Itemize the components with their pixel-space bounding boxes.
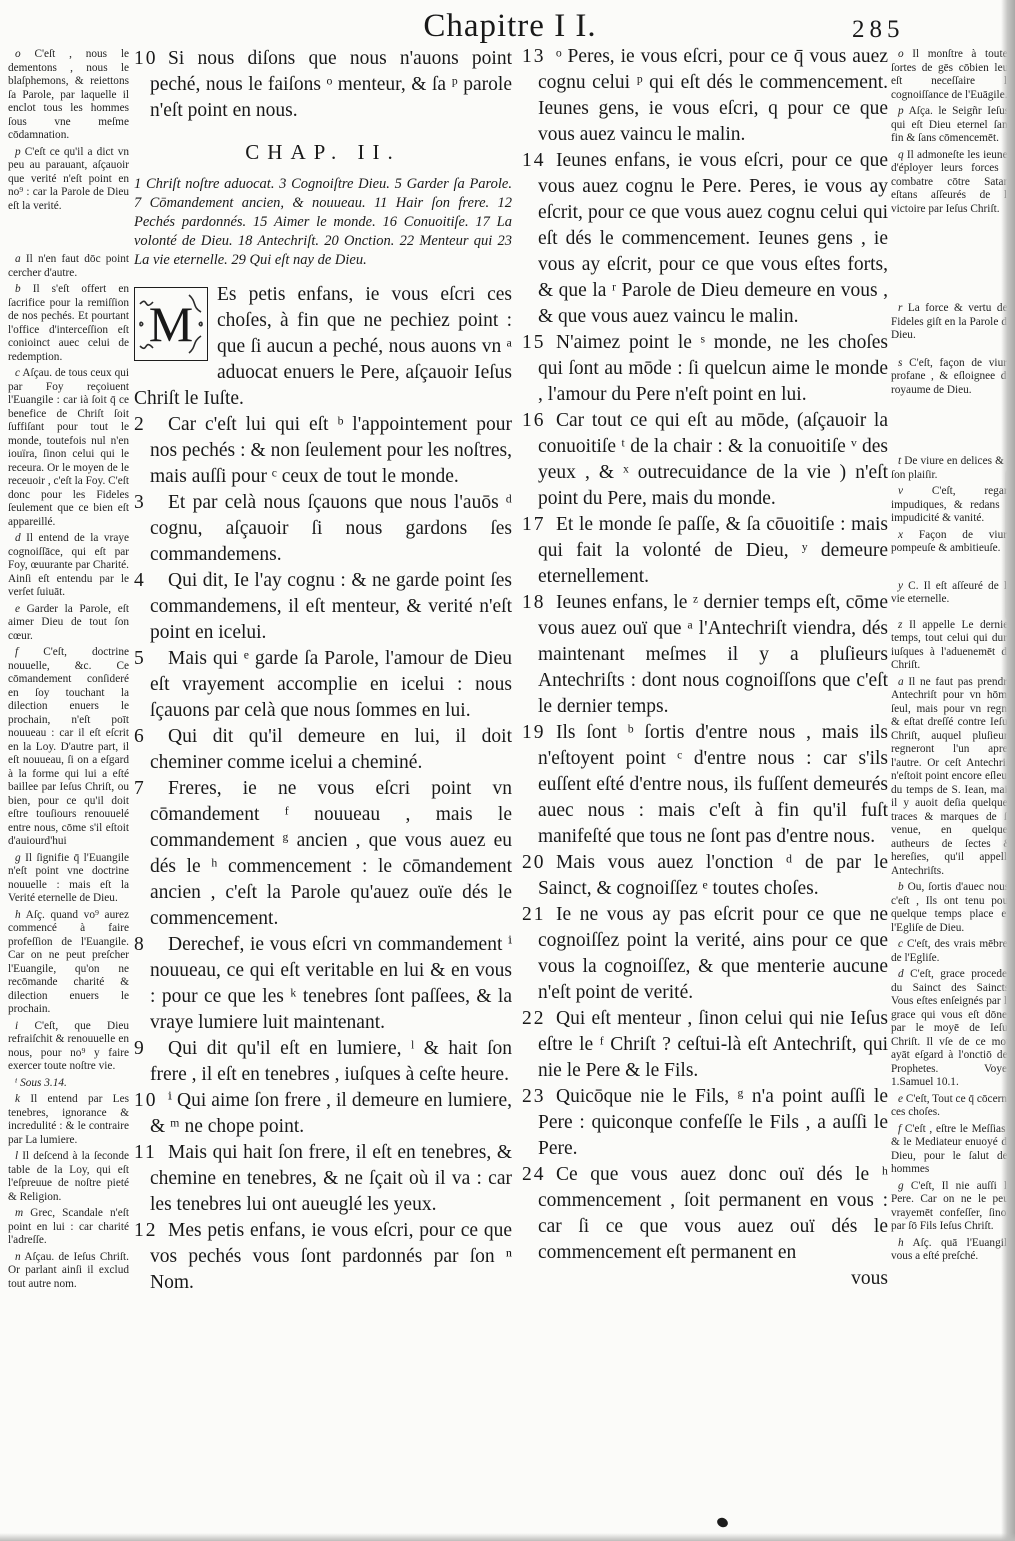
verse-text: Derechef, ie vous eſcri vn commandement … [150,934,512,1033]
note-text: Il entend de la vraye cognoiſſāce, qui e… [8,532,129,598]
margin-note: v C'eſt, regars impudiques, & redans à i… [891,485,1012,526]
note-letter: b [898,881,904,893]
verse-text: N'aimez point le ˢ monde, ne les choſes … [538,332,888,405]
verse-text: Quicōque nie le Fils, ᵍ n'a point auſſi … [538,1086,888,1159]
note-text: C'eſt , nous le dementons , nous le blaſ… [8,48,129,141]
verse-text: Ils ſont ᵇ ſortis d'entre nous , mais il… [538,722,888,847]
verse: 15N'aimez point le ˢ monde, ne les choſe… [522,330,888,408]
drop-cap: M [134,287,208,361]
verse-number: 21 [522,902,546,928]
margin-note: f C'eſt, doctrine nouuelle, &c. Ce cōman… [8,646,129,849]
book-page: Chapitre I I. 285 o C'eſt , nous le deme… [0,0,1015,1541]
margin-note: p Aſça. le Seigñr Ieſus, qui eſt Dieu et… [891,105,1012,146]
verse-text: Qui dit qu'il eſt en lumiere, ˡ & hait ſ… [150,1038,512,1085]
verse: 6Qui dit qu'il demeure en lui, il doit c… [134,724,512,776]
margin-note: x Façon de viure pompeuſe & ambitieuſe. [891,529,1012,556]
note-text: Il appelle Le dernier temps, tout celui … [891,619,1012,672]
margin-note: h Aſç. quā l'Euangile vous a eſté preſch… [891,1237,1012,1264]
verse: M Es petis enfans, ie vous eſcri ces cho… [134,282,512,412]
verse: 11Mais qui hait ſon frere, il eſt en ten… [134,1140,512,1218]
margin-note: d C'eſt, grace procedee du Sainct des Sa… [891,968,1012,1090]
note-letter: g [15,852,21,864]
note-text: C'eſt, grace procedee du Sainct des Sain… [891,968,1012,1088]
note-letter: q [898,149,904,161]
margin-note: o C'eſt , nous le dementons , nous le bl… [8,48,129,143]
note-letter: c [898,938,903,950]
verse-number: 14 [522,148,546,174]
margin-note: d Il entend de la vraye cognoiſſāce, qui… [8,532,129,600]
note-text: Garder la Parole, eſt aimer Dieu de tout… [8,603,129,642]
page-header: Chapitre I I. [130,8,890,45]
margin-note: g Il ſignifie q̄ l'Euangile n'eſt point … [8,852,129,906]
verse-number: 10 [134,1088,158,1114]
main-column-right: 13ᵒ Peres, ie vous eſcri, pour ce q̄ vou… [522,44,888,1290]
verse-text: Ie ne vous ay pas eſcrit pour ce que ne … [538,904,888,1003]
note-letter: e [15,603,20,615]
verse-number: 12 [134,1218,158,1244]
margin-note: s C'eſt, façon de viure profane , & eſlo… [891,357,1012,398]
verse: 23Quicōque nie le Fils, ᵍ n'a point auſſ… [522,1084,888,1162]
verse-text: Freres, ie ne vous eſcri point vn cōmand… [150,778,512,929]
note-letter: o [15,48,21,60]
verse-text: Mais qui ᵉ garde ſa Parole, l'amour de D… [150,648,512,721]
note-text: Aſçau. de tous ceux qui par Foy reçoiuen… [8,367,129,528]
verse: 14Ieunes enfans, ie vous eſcri, pour ce … [522,148,888,330]
verse: 8Derechef, ie vous eſcri vn commandement… [134,932,512,1036]
note-text: C'eſt, façon de viure profane , & eſloig… [891,357,1012,396]
right-margin-notes: o Il monſtre à toutes ſortes de gēs cōbi… [891,48,1012,1267]
note-letter: r [898,302,902,314]
verse: 17Et le monde ſe paſſe, & ſa cōuoitiſe :… [522,512,888,590]
note-letter: h [15,909,21,921]
note-letter: ⁱ [15,1077,17,1089]
note-text: C'eſt, regars impudiques, & redans à imp… [891,485,1012,524]
margin-note: l Il deſcend à la ſeconde table de la Lo… [8,1150,129,1204]
margin-note: a Il ne faut pas prendre Antechriſt pour… [891,676,1012,879]
margin-note: p C'eſt ce qu'il a dict vn peu au paraua… [8,146,129,214]
note-letter: k [15,1093,20,1105]
note-letter: i [15,1020,18,1032]
verse: 9Qui dit qu'il eſt en lumiere, ˡ & hait … [134,1036,512,1088]
note-letter: a [15,253,21,265]
note-text: De viure en delices & à ſon plaiſir. [891,455,1012,481]
catchword: vous [522,1268,888,1290]
verse-text: Ce que vous auez donc ouï dés le ʰ comme… [538,1164,888,1263]
note-text: Façon de viure pompeuſe & ambitieuſe. [891,529,1012,555]
margin-note: t De viure en delices & à ſon plaiſir. [891,455,1012,482]
margin-note: ⁱ Sous 3.14. [8,1077,129,1091]
note-letter: x [898,529,903,541]
note-text: C'eſt, Il nie auſſi le Pere. Car on ne l… [891,1180,1012,1233]
margin-note: q Il admoneſte les ieunes d'éployer leur… [891,149,1012,217]
note-text: C'eſt, Tout ce q̄ cōcerne ces choſes. [891,1093,1012,1119]
verse-number: 18 [522,590,546,616]
verse: 10Si nous diſons que nous n'auons point … [134,46,512,124]
note-letter: e [898,1093,903,1105]
note-letter: b [15,283,21,295]
verse-text: Et le monde ſe paſſe, & ſa cōuoitiſe : m… [538,514,888,587]
note-text: Il n'en faut dōc point cercher d'autre. [8,253,129,279]
verse-number: 8 [134,932,146,958]
note-letter: f [898,1123,901,1135]
margin-note: c Aſçau. de tous ceux qui par Foy reçoiu… [8,367,129,529]
page-number: 285 [852,16,932,44]
margin-note: y C. Il eſt aſſeuré de la vie eternelle. [891,580,1012,607]
verse: 13ᵒ Peres, ie vous eſcri, pour ce q̄ vou… [522,44,888,148]
verse-number: 2 [134,412,146,438]
verse-text: Mes petis enfans, ie vous eſcri, pour ce… [150,1220,512,1293]
margin-note: o Il monſtre à toutes ſortes de gēs cōbi… [891,48,1012,102]
note-letter: c [15,367,20,379]
drop-cap-letter: M [149,299,193,349]
note-text: C'eſt , eſtre le Meſſias , & le Mediateu… [891,1123,1012,1176]
margin-note: z Il appelle Le dernier temps, tout celu… [891,619,1012,673]
verse-text: ᵒ Peres, ie vous eſcri, pour ce q̄ vous … [538,46,888,145]
note-letter: s [898,357,902,369]
verse-number: 19 [522,720,546,746]
margin-note: c C'eſt, des vrais mēbres de l'Egliſe. [891,938,1012,965]
verse-number: 16 [522,408,546,434]
note-text: La force & vertu des Fideles giſt en la … [891,302,1012,341]
verse: 4Qui dit, Ie l'ay cognu : & ne garde poi… [134,568,512,646]
note-letter: p [898,105,904,117]
margin-note: e Garder la Parole, eſt aimer Dieu de to… [8,603,129,644]
verse-number: 17 [522,512,546,538]
ink-spot [716,1516,730,1529]
verse: 21Ie ne vous ay pas eſcrit pour ce que n… [522,902,888,1006]
note-text: Il ſignifie q̄ l'Euangile n'eſt point vn… [8,852,129,905]
verse-text: Qui dit, Ie l'ay cognu : & ne garde poin… [150,570,512,643]
margin-note: a Il n'en faut dōc point cercher d'autre… [8,253,129,280]
verse: 24Ce que vous auez donc ouï dés le ʰ com… [522,1162,888,1266]
verse-text: Et par celà nous ſçauons que nous l'auōs… [150,492,512,565]
verse-number: 23 [522,1084,546,1110]
verse-number: 13 [522,44,546,70]
margin-note: m Grec, Scandale n'eſt point en lui : ca… [8,1207,129,1248]
note-text: Ou, ſortis d'auec nous. c'eſt , Ils ont … [891,881,1012,934]
chapter-summary: 1 Chriſt noſtre aduocat. 3 Cognoiſtre Di… [134,175,512,270]
note-letter: m [15,1207,23,1219]
verse-number: 7 [134,776,146,802]
note-text: C'eſt, des vrais mēbres de l'Egliſe. [891,938,1012,964]
chapter-heading: CHAP. II. [134,140,512,165]
margin-note: f C'eſt , eſtre le Meſſias , & le Mediat… [891,1123,1012,1177]
verse: 3Et par celà nous ſçauons que nous l'auō… [134,490,512,568]
note-text: Aſçau. de Ieſus Chriſt. Or parlant ainſi… [8,1251,129,1290]
note-letter: d [898,968,904,980]
verse-text: Si nous diſons que nous n'auons point pe… [150,48,512,121]
note-letter: a [898,676,904,688]
note-text: Il admoneſte les ieunes d'éployer leurs … [891,149,1012,215]
verse: 22Qui eſt menteur , ſinon celui qui nie … [522,1006,888,1084]
note-letter: z [898,619,902,631]
verse-number: 24 [522,1162,546,1188]
note-text: C'eſt, doctrine nouuelle, &c. Ce cōmande… [8,646,129,847]
note-text: Grec, Scandale n'eſt point en lui : car … [8,1207,129,1246]
note-text: Aſç. quā l'Euangile vous a eſté preſché. [891,1237,1012,1263]
note-text: C'eſt ce qu'il a dict vn peu au parauant… [8,146,129,212]
note-text: Il entend par Les tenebres, ignorance & … [8,1093,129,1146]
verse: 16Car tout ce qui eſt au mōde, (aſçauoir… [522,408,888,512]
verse-text: ⁱ Qui aime ſon frere , il demeure en lum… [150,1090,512,1137]
chapter-title: Chapitre I I. [423,8,596,44]
margin-note: i C'eſt, que Dieu refraiſchit & renouuel… [8,1020,129,1074]
verse: 20Mais vous auez l'onction ᵈ de par le S… [522,850,888,902]
margin-note: b Ou, ſortis d'auec nous. c'eſt , Ils on… [891,881,1012,935]
verse: 5Mais qui ᵉ garde ſa Parole, l'amour de … [134,646,512,724]
note-text: C. Il eſt aſſeuré de la vie eternelle. [891,580,1012,606]
verse-number: 5 [134,646,146,672]
page-edge-right [1001,0,1015,1541]
note-letter: v [898,485,903,497]
verse-text: Ieunes enfans, le ᶻ dernier temps eſt, c… [538,592,888,717]
note-text: Il deſcend à la ſeconde table de la Loy,… [8,1150,129,1203]
margin-note: g C'eſt, Il nie auſſi le Pere. Car on ne… [891,1180,1012,1234]
verse-number: 15 [522,330,546,356]
verse-text: Mais vous auez l'onction ᵈ de par le Sai… [538,852,888,899]
verse: 19Ils ſont ᵇ ſortis d'entre nous , mais … [522,720,888,850]
verse: 18Ieunes enfans, le ᶻ dernier temps eſt,… [522,590,888,720]
note-letter: p [15,146,21,158]
verse-text: Car c'eſt lui qui eſt ᵇ l'appointement p… [150,414,512,487]
left-margin-notes: o C'eſt , nous le dementons , nous le bl… [8,48,129,1294]
margin-note: e C'eſt, Tout ce q̄ cōcerne ces choſes. [891,1093,1012,1120]
note-text: Il ne faut pas prendre Antechriſt pour v… [891,676,1012,877]
note-letter: t [898,455,901,467]
note-letter: g [898,1180,904,1192]
verse-text: Qui dit qu'il demeure en lui, il doit ch… [150,726,512,773]
verse-text: Car tout ce qui eſt au mōde, (aſçauoir l… [538,410,888,509]
verse-number: 9 [134,1036,146,1062]
verse: 10ⁱ Qui aime ſon frere , il demeure en l… [134,1088,512,1140]
note-text: Il monſtre à toutes ſortes de gēs cōbien… [891,48,1012,101]
verse-number: 3 [134,490,146,516]
margin-note: b Il s'eſt offert en ſacrifice pour la r… [8,283,129,364]
note-letter: n [15,1251,21,1263]
margin-note: h Aſç. quand vo⁹ aurez commencé à faire … [8,909,129,1017]
page-edge-bottom [0,1533,1015,1541]
note-letter: y [898,580,903,592]
note-text: Il s'eſt offert en ſacrifice pour la rem… [8,283,129,363]
verse-number: 10 [134,46,158,72]
verse-text: Ieunes enfans, ie vous eſcri, pour ce qu… [538,150,888,327]
margin-note: n Aſçau. de Ieſus Chriſt. Or parlant ain… [8,1251,129,1292]
note-text: Aſç. quand vo⁹ aurez commencé à faire pr… [8,909,129,1016]
verse: 2Car c'eſt lui qui eſt ᵇ l'appointement … [134,412,512,490]
verse: 7Freres, ie ne vous eſcri point vn cōman… [134,776,512,932]
verse-number: 22 [522,1006,546,1032]
note-text: Sous 3.14. [20,1077,67,1089]
margin-note: k Il entend par Les tenebres, ignorance … [8,1093,129,1147]
verse-number: 20 [522,850,546,876]
note-letter: h [898,1237,904,1249]
verse-text: Mais qui hait ſon frere, il eſt en teneb… [150,1142,512,1215]
note-letter: l [15,1150,18,1162]
note-letter: f [15,646,18,658]
note-letter: d [15,532,21,544]
note-text: C'eſt, que Dieu refraiſchit & renouuelle… [8,1020,129,1073]
main-column-left: 10Si nous diſons que nous n'auons point … [134,46,512,1296]
verse-number: 4 [134,568,146,594]
note-text: Aſça. le Seigñr Ieſus, qui eſt Dieu eter… [891,105,1012,144]
margin-note: r La force & vertu des Fideles giſt en l… [891,302,1012,343]
verse: 12Mes petis enfans, ie vous eſcri, pour … [134,1218,512,1296]
note-letter: o [898,48,904,60]
verse-text: Qui eſt menteur , ſinon celui qui nie Ie… [538,1008,888,1081]
verse-number: 11 [134,1140,157,1166]
verse-number: 6 [134,724,146,750]
